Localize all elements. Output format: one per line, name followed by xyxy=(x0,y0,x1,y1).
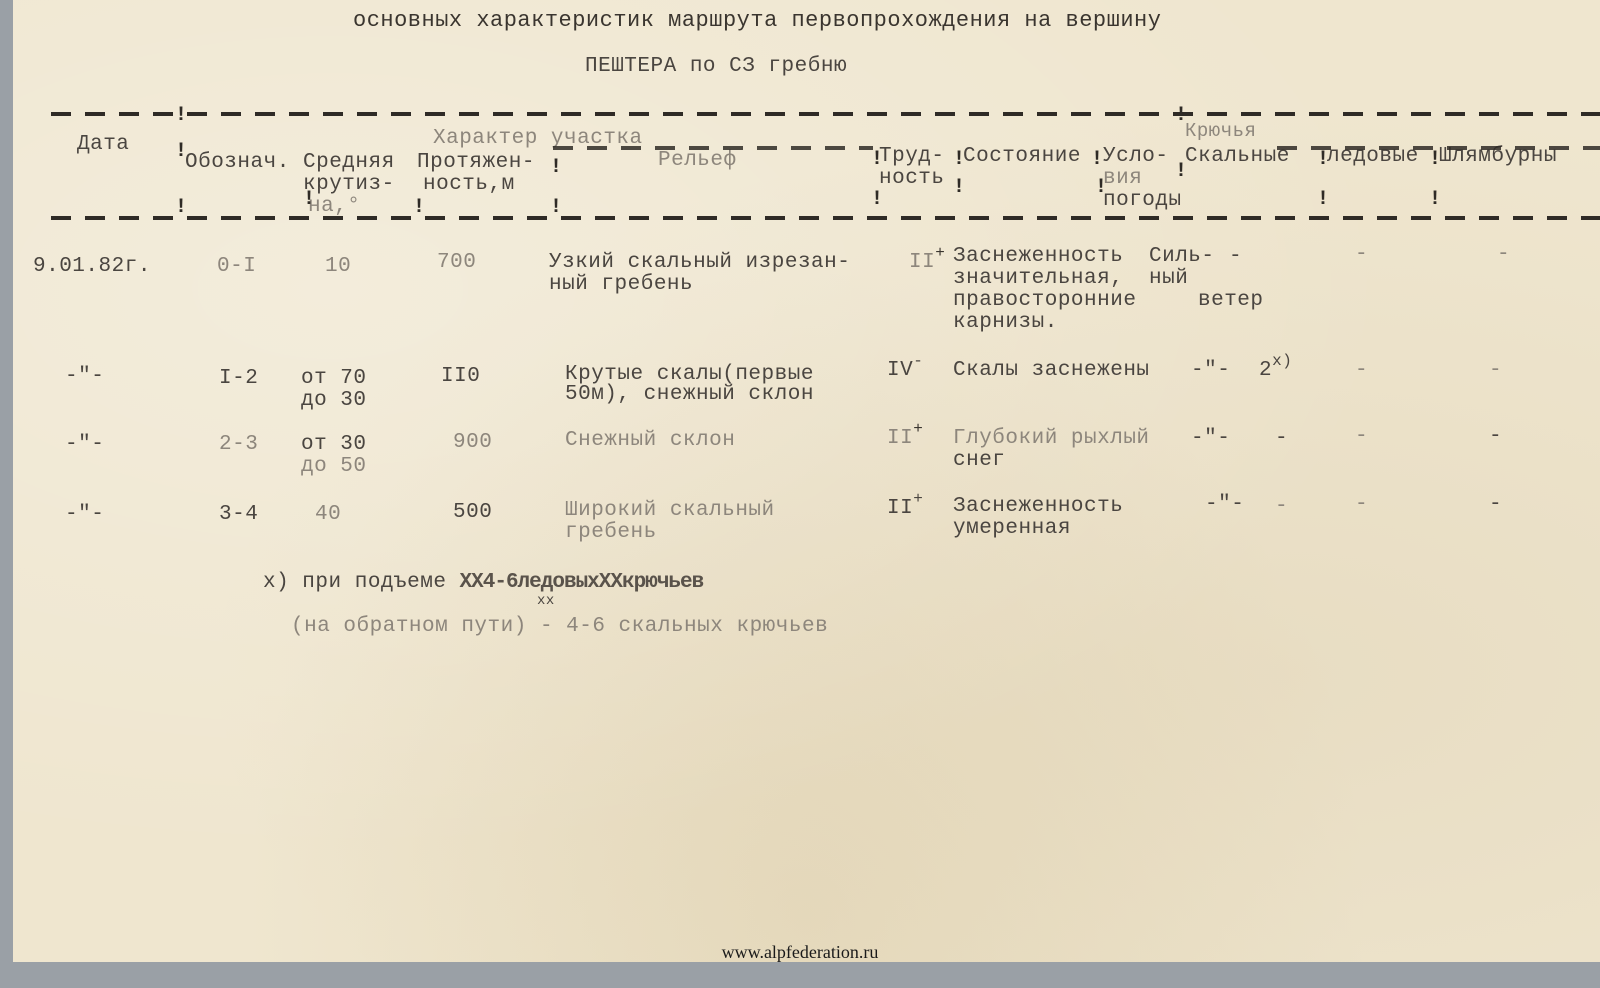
difficulty-modifier: + xyxy=(935,244,945,262)
cell-weather: -"- xyxy=(1191,360,1230,382)
cell-steepness: 10 xyxy=(325,256,351,278)
cell-relief-l1: Узкий скальный изрезан- xyxy=(549,252,850,274)
header-steepness-l2: крутиз- xyxy=(303,174,395,196)
header-relief: Рельеф xyxy=(658,150,737,172)
cell-bolts: - xyxy=(1489,426,1502,448)
cell-designation: 2-3 xyxy=(219,434,258,456)
cell-rock-hooks: - xyxy=(1275,428,1288,450)
difficulty-grade: IV xyxy=(887,359,913,382)
document-page: основных характеристик маршрута первопро… xyxy=(13,0,1600,962)
footnote-struck-text: XX4-6ледовыхXXкрючьев xyxy=(460,571,704,594)
cell-condition-l1: Заснеженность xyxy=(953,246,1123,268)
cell-relief-l2: гребень xyxy=(565,522,657,544)
cell-steepness-l2: до 50 xyxy=(301,456,367,478)
header-condition: Состояние xyxy=(963,146,1081,168)
cell-length: II0 xyxy=(441,366,480,388)
document-subtitle: ПЕШТЕРА по СЗ гребню xyxy=(585,56,847,78)
cell-condition-l1: Глубокий рыхлый xyxy=(953,428,1150,450)
cell-relief-l2: 50м), снежный склон xyxy=(565,384,814,406)
cell-weather: -"- xyxy=(1191,428,1230,450)
header-weather-l2: вия xyxy=(1103,168,1142,190)
cell-condition-l2: снег xyxy=(953,450,1005,472)
header-bottom-rule xyxy=(51,216,1600,220)
cell-difficulty: IV- xyxy=(887,360,923,382)
difficulty-grade: II xyxy=(887,497,913,520)
difficulty-modifier: + xyxy=(913,490,923,508)
header-rock-hooks: Скальные xyxy=(1185,146,1290,168)
watermark: www.alpfederation.ru xyxy=(0,942,1600,963)
header-difficulty-l2: ность xyxy=(879,168,945,190)
difficulty-modifier: - xyxy=(913,352,923,370)
cell-condition-l4: карнизы. xyxy=(953,312,1058,334)
footnote-line-2: (на обратном пути) - 4-6 скальных крючье… xyxy=(291,616,828,638)
cell-condition: Скалы заснежены xyxy=(953,360,1150,382)
cell-weather-l1: Силь- xyxy=(1149,246,1215,268)
cell-steepness-l1: от 70 xyxy=(301,368,367,390)
cell-date: -"- xyxy=(65,434,104,456)
cell-weather: -"- xyxy=(1205,494,1244,516)
rock-hooks-count: 2 xyxy=(1259,359,1272,382)
cell-relief: Снежный склон xyxy=(565,430,735,452)
cell-steepness-l2: до 30 xyxy=(301,390,367,412)
cell-rock-hooks: - xyxy=(1229,246,1242,268)
cell-length: 500 xyxy=(453,502,492,524)
cell-difficulty: II+ xyxy=(909,252,945,274)
cell-ice-hooks: - xyxy=(1355,426,1368,448)
cell-condition-l3: правосторонние xyxy=(953,290,1136,312)
footnote-marker: x) xyxy=(1272,352,1292,370)
difficulty-grade: II xyxy=(909,251,935,274)
cell-designation: I-2 xyxy=(219,368,258,390)
cell-bolts: - xyxy=(1497,244,1510,266)
column-separator: ! xyxy=(1429,188,1441,211)
group-header-hooks: Крючья xyxy=(1185,120,1256,142)
cell-bolts: - xyxy=(1489,360,1502,382)
header-weather-l1: Усло- xyxy=(1103,146,1169,168)
header-difficulty-l1: Труд- xyxy=(879,146,945,168)
header-length-l2: ность,м xyxy=(423,174,515,196)
column-separator: ! xyxy=(303,188,315,211)
cell-designation: 0-I xyxy=(217,256,256,278)
footnote-line-1: x) при подъеме XX4-6ледовыхXXкрючьев xyxy=(263,572,703,594)
cell-date: -"- xyxy=(65,504,104,526)
cell-relief-l2: ный гребень xyxy=(549,274,693,296)
cell-difficulty: II+ xyxy=(887,428,923,450)
hooks-group-rule xyxy=(1277,146,1600,150)
difficulty-modifier: + xyxy=(913,420,923,438)
cell-weather-l2: ный xyxy=(1149,268,1188,290)
cell-ice-hooks: - xyxy=(1355,494,1368,516)
cell-designation: 3-4 xyxy=(219,504,258,526)
column-separator: ! xyxy=(1091,148,1103,171)
difficulty-grade: II xyxy=(887,427,913,450)
cell-steepness-l1: от 30 xyxy=(301,434,367,456)
header-date: Дата xyxy=(77,134,129,156)
header-designation: Обознач. xyxy=(185,152,290,174)
cell-ice-hooks: - xyxy=(1355,244,1368,266)
cell-ice-hooks: - xyxy=(1355,360,1368,382)
cell-rock-hooks: - xyxy=(1275,496,1288,518)
column-separator: ! xyxy=(175,104,187,127)
group-header-rule xyxy=(553,146,873,150)
cell-condition-l1: Заснеженность xyxy=(953,496,1123,518)
header-length-l1: Протяжен- xyxy=(417,152,535,174)
document-title: основных характеристик маршрута первопро… xyxy=(353,10,1161,32)
cell-length: 700 xyxy=(437,252,476,274)
footnote-prefix: x) при подъеме xyxy=(263,571,446,594)
column-separator: ! xyxy=(550,156,562,179)
header-weather-l3: погоды xyxy=(1103,190,1182,212)
cell-relief-l1: Широкий скальный xyxy=(565,500,775,522)
header-top-rule xyxy=(51,112,1600,116)
cell-condition-l2: умеренная xyxy=(953,518,1071,540)
cell-date: 9.01.82г. xyxy=(33,256,151,278)
header-steepness-l1: Средняя xyxy=(303,152,395,174)
column-separator: ! xyxy=(871,188,883,211)
header-steepness-l3: на,° xyxy=(308,196,360,218)
cell-date: -"- xyxy=(65,366,104,388)
cell-condition-l2: значительная, xyxy=(953,268,1123,290)
column-separator: ! xyxy=(1317,188,1329,211)
cell-bolts: - xyxy=(1489,494,1502,516)
column-separator: ! xyxy=(953,176,965,199)
footnote-struck-mark: xx xyxy=(537,590,555,612)
cell-steepness: 40 xyxy=(315,504,341,526)
cell-difficulty: II+ xyxy=(887,498,923,520)
cell-length: 900 xyxy=(453,432,492,454)
column-separator: ! xyxy=(1095,176,1107,199)
cell-rock-hooks: 2x) xyxy=(1259,360,1292,382)
cell-weather-l3: ветер xyxy=(1198,290,1264,312)
